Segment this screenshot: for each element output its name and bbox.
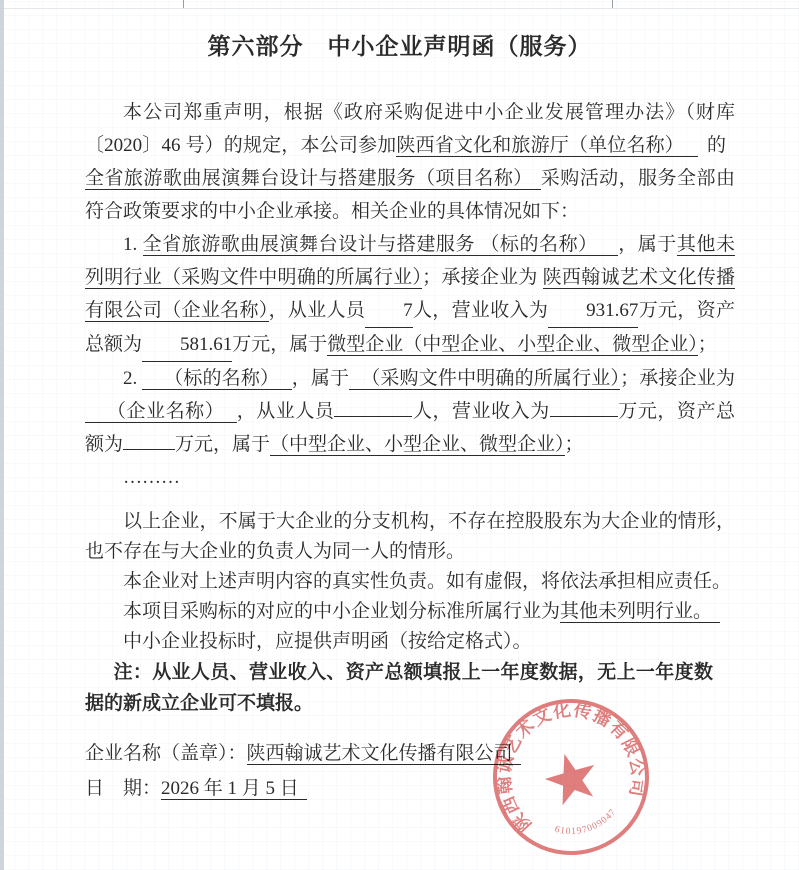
note-paragraph: 注：从业人员、营业收入、资产总额填报上一年度数据，无上一年度数据的新成立企业可不… — [85, 657, 713, 719]
item-number: 1. — [123, 234, 137, 255]
item-1-paragraph: 1. 全省旅游歌曲展演舞台设计与搭建服务 （标的名称），属于其他未列明行业（采购… — [85, 228, 735, 362]
company-name-line: 企业名称（盖章）：陕西翰诚艺术文化传播有限公司 — [85, 736, 735, 771]
paragraph-text: ，从业人员 — [237, 401, 335, 422]
date-line: 日 期：2026 年 1 月 5 日 — [85, 771, 735, 806]
paragraph-text: ； — [565, 434, 584, 455]
paragraph-text: 本项目采购标的对应的中小企业划分标准所属行业为 — [123, 601, 560, 622]
company-label: 企业名称（盖章）： — [85, 743, 247, 764]
page-left-edge — [0, 0, 4, 870]
closing-section: 以上企业，不属于大企业的分支机构，不存在控股股东为大企业的情形，也不存在与大企业… — [85, 507, 735, 657]
ellipsis-line: ……… — [85, 461, 735, 494]
paragraph-text: ，属于 — [618, 234, 677, 255]
paragraph-text: 人，营业收入为 — [413, 300, 548, 321]
paragraph-text: ；承接企业为 — [422, 267, 538, 288]
date-label: 日 期： — [85, 778, 161, 799]
paragraph-text: 万元，属于 — [175, 434, 270, 455]
assets-blank-field — [123, 431, 175, 450]
bid-requirement-paragraph: 中小企业投标时，应提供声明函（按给定格式）。 — [85, 627, 735, 657]
declaration-paragraph: 本公司郑重声明，根据《政府采购促进中小企业发展管理办法》（财库〔2020〕46 … — [85, 96, 735, 228]
item-2-paragraph: 2. （标的名称），属于（采购文件中明确的所属行业）；承接企业为（企业名称），从… — [85, 362, 735, 461]
item-number: 2. — [123, 368, 137, 389]
paragraph-text: 人，营业收入为 — [412, 401, 549, 422]
staff-count-field: 7 — [365, 294, 413, 328]
subject-name-blank-field: （标的名称） — [142, 368, 292, 390]
paragraph-text: ，从业人员 — [269, 300, 366, 321]
revenue-blank-field — [550, 398, 618, 417]
truthfulness-paragraph: 本企业对上述声明内容的真实性负责。如有虚假，将依法承担相应责任。 — [85, 567, 735, 597]
paragraph-text: 的 — [707, 135, 726, 156]
ruler-tick-left — [183, 0, 184, 8]
enterprise-type-blank-field: （中型企业、小型企业、微型企业） — [270, 434, 565, 456]
paragraph-text: ，属于 — [292, 368, 350, 389]
page-top-line — [4, 8, 799, 9]
industry-standard-field: 其他未列明行业。 — [560, 601, 720, 623]
subject-name-field: 全省旅游歌曲展演舞台设计与搭建服务 （标的名称） — [143, 234, 619, 256]
purchaser-name-field: 陕西省文化和旅游厅（单位名称） — [396, 135, 698, 157]
assets-field: 581.61 — [142, 328, 232, 362]
signature-block: 企业名称（盖章）：陕西翰诚艺术文化传播有限公司 日 期：2026 年 1 月 5… — [85, 736, 735, 806]
paragraph-text: ； — [698, 334, 717, 355]
page-title: 第六部分 中小企业声明函（服务） — [0, 28, 799, 61]
revenue-field: 931.67 — [548, 294, 638, 328]
industry-standard-paragraph: 本项目采购标的对应的中小企业划分标准所属行业为其他未列明行业。 — [85, 597, 735, 627]
industry-blank-field: （采购文件中明确的所属行业） — [349, 368, 620, 390]
ruler-tick-right — [612, 0, 613, 8]
company-blank-field: （企业名称） — [85, 401, 237, 423]
project-name-field: 全省旅游歌曲展演舞台设计与搭建服务（项目名称） — [85, 168, 541, 190]
declaration-body: 本公司郑重声明，根据《政府采购促进中小企业发展管理办法》（财库〔2020〕46 … — [85, 96, 735, 806]
paragraph-text: 万元，属于 — [232, 334, 327, 355]
staff-count-blank-field — [334, 398, 412, 417]
paragraph-text: ；承接企业为 — [620, 368, 735, 389]
signature-company-name: 陕西翰诚艺术文化传播有限公司 — [247, 743, 521, 765]
signature-date: 2026 年 1 月 5 日 — [161, 778, 307, 800]
document-page: 第六部分 中小企业声明函（服务） 本公司郑重声明，根据《政府采购促进中小企业发展… — [0, 0, 799, 870]
enterprise-type-field: 微型企业（中型企业、小型企业、微型企业） — [327, 334, 698, 356]
no-big-enterprise-paragraph: 以上企业，不属于大企业的分支机构，不存在控股股东为大企业的情形，也不存在与大企业… — [85, 507, 735, 567]
